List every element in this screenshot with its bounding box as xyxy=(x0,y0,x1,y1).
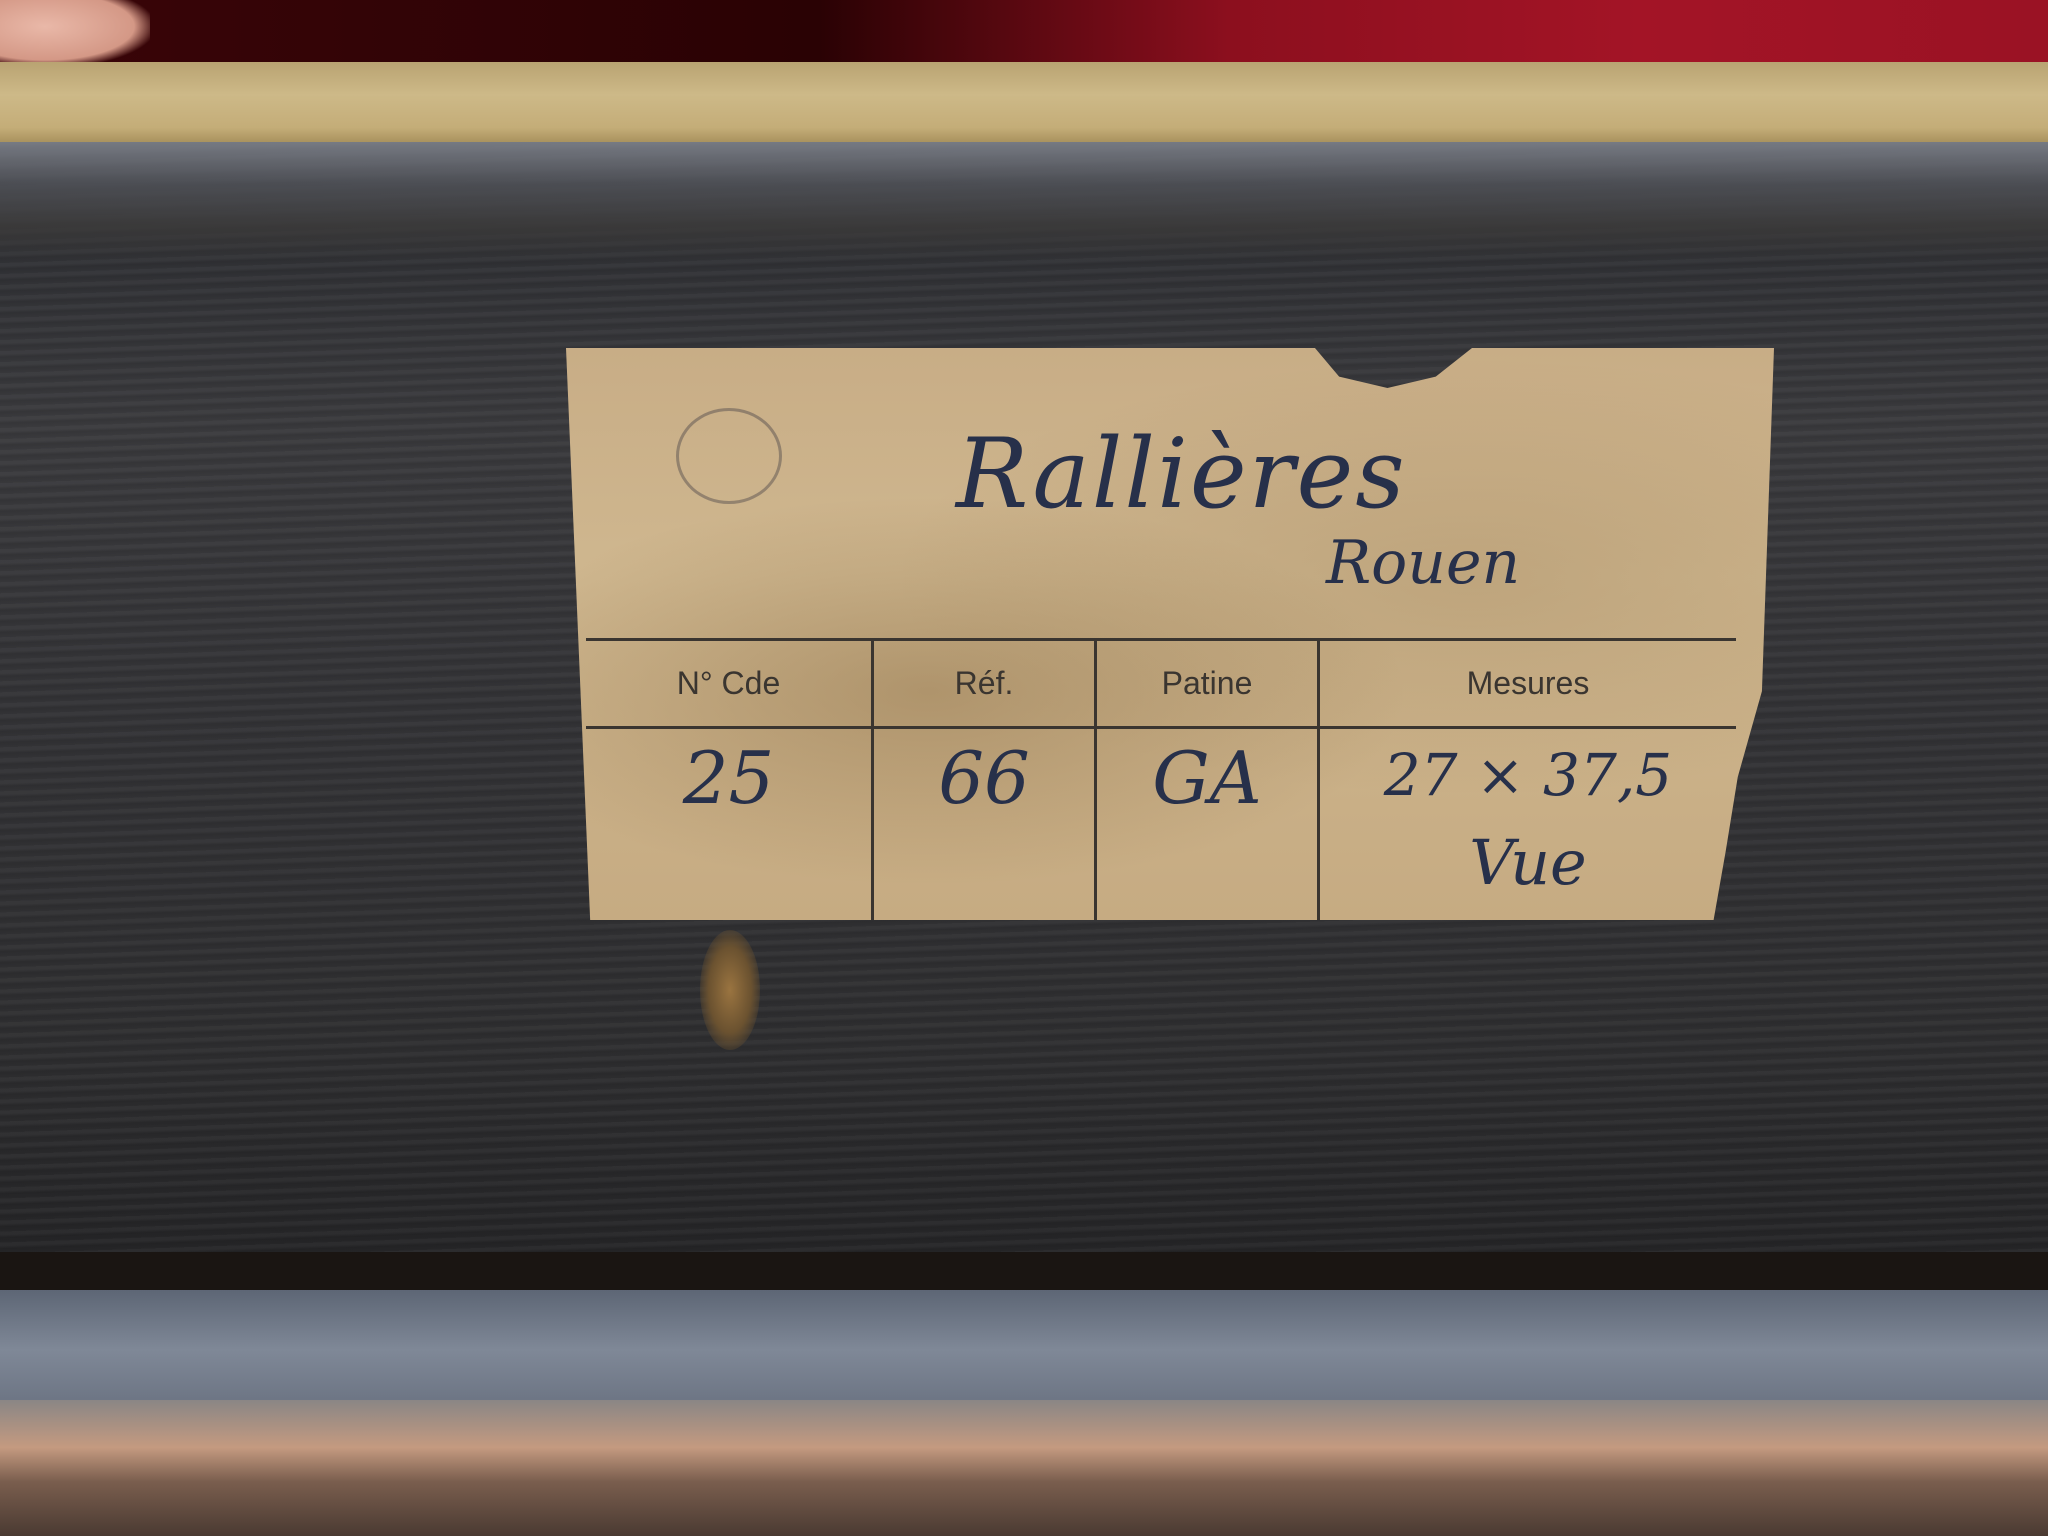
maker-city: Rouen xyxy=(1326,528,1520,598)
maker-name: Rallières xyxy=(956,418,1407,530)
torn-backing-paper xyxy=(0,1290,2048,1410)
column-value: GA xyxy=(1097,736,1317,820)
frame-rebate xyxy=(0,1400,2048,1536)
column-note: Vue xyxy=(1320,826,1736,899)
column-header: N° Cde xyxy=(586,641,871,729)
gilt-frame-edge xyxy=(0,62,2048,144)
column-value: 25 xyxy=(586,736,871,820)
column-header: Patine xyxy=(1097,641,1317,729)
column-value: 27 × 37,5 xyxy=(1320,741,1736,809)
worn-wood-edge xyxy=(0,142,2048,262)
red-background xyxy=(0,0,2048,66)
framer-label: Rallières Rouen N° Cde 25 Réf. 66 Patine… xyxy=(566,348,1774,920)
wood-stain xyxy=(700,930,760,1050)
column-order-number: N° Cde 25 xyxy=(586,641,874,921)
stamp-mark xyxy=(676,408,782,504)
column-value: 66 xyxy=(874,736,1094,820)
finger xyxy=(0,0,150,66)
column-measures: Mesures 27 × 37,5 Vue xyxy=(1320,641,1736,921)
label-table: N° Cde 25 Réf. 66 Patine GA Mesures 27 ×… xyxy=(586,638,1736,921)
column-header: Réf. xyxy=(874,641,1094,729)
column-header: Mesures xyxy=(1320,641,1736,729)
column-patina: Patine GA xyxy=(1097,641,1320,921)
column-reference: Réf. 66 xyxy=(874,641,1097,921)
